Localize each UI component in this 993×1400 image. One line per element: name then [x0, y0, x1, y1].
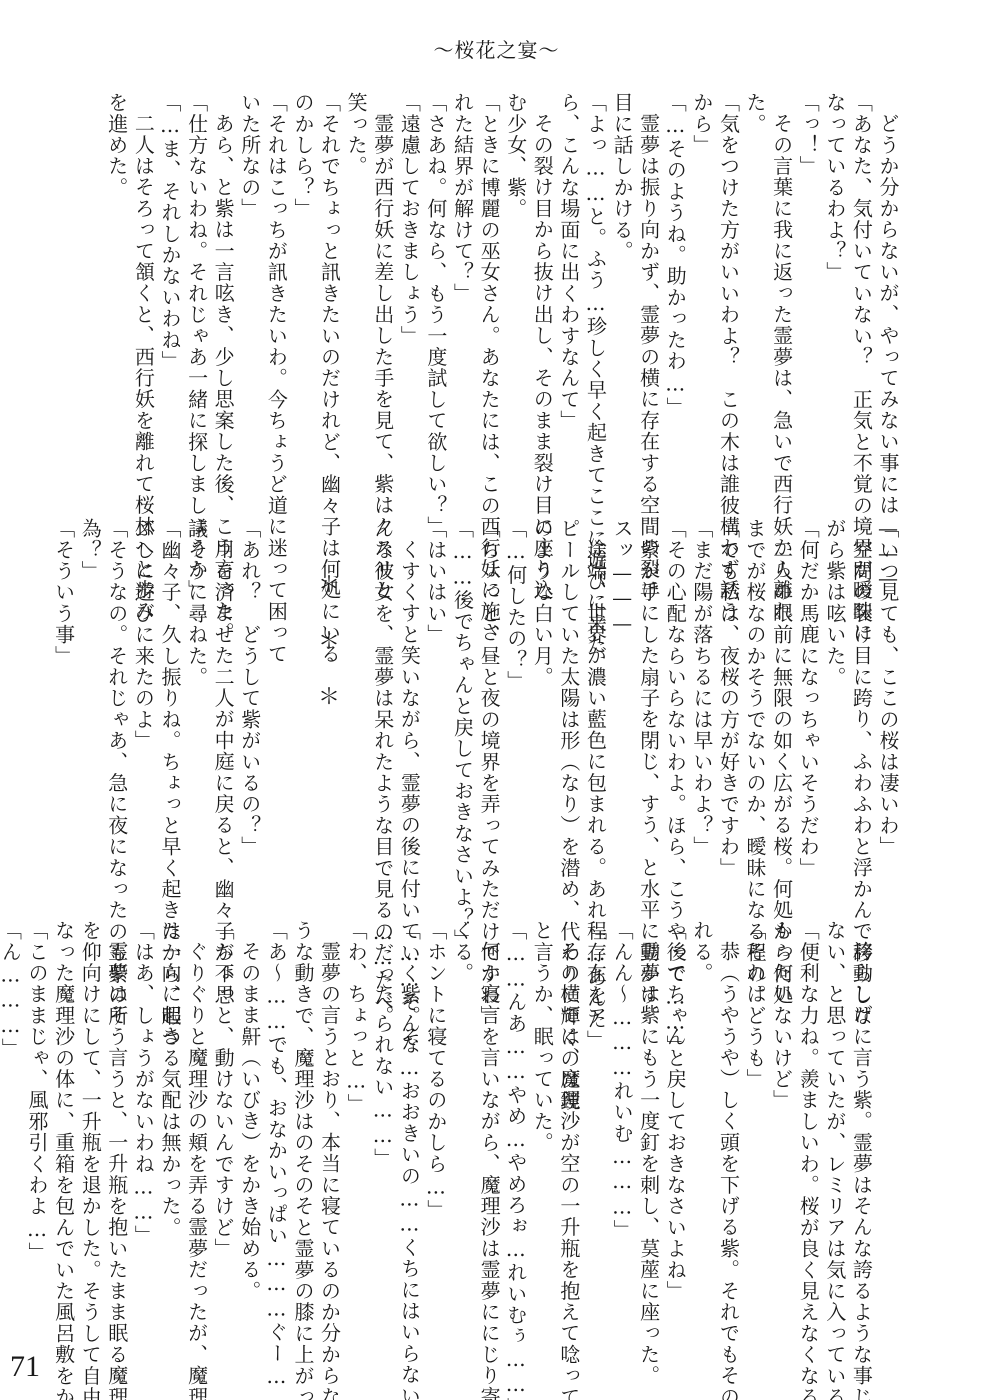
text-line: 二人の眼前に無限の如く広がる桜。何処から何処: [768, 518, 795, 898]
text-line: 目に話しかける。: [608, 92, 635, 487]
text-line: 「ちょっと、動けないんですけど」: [210, 920, 237, 1315]
text-line: なっているわよ？」: [821, 92, 848, 487]
asterisk-icon: ＊: [316, 558, 342, 614]
text-line: 為？」: [77, 518, 104, 898]
text-line: 恭（うやうや）しく頭を下げる紫。それでもその口からは笑みが零: [715, 920, 742, 1315]
text-line: のような白い月。: [529, 518, 556, 898]
text-line: 「そういう事」: [50, 518, 77, 898]
text-line: 「……んあ……やめ…やめろぉ…れいむぅ……」: [502, 920, 529, 1315]
text-line: 「……そんな…おおきいの……くちにはいらないぜ: [396, 920, 423, 1315]
text-line: そのまま鼾（いびき）をかき始める。: [236, 920, 263, 1315]
text-line: 「っ！」: [795, 92, 822, 487]
text-line: のかしら？」: [289, 92, 316, 487]
text-tier-bottom: 誇らしげに言う紫。霊夢はそんな誇るような事じゃない、と思っていたが、レミリアは気…: [0, 920, 901, 1315]
text-line: 「ん………」: [0, 920, 23, 1315]
text-line: 「それはどうも」: [741, 920, 768, 1315]
text-line: スッ———: [608, 518, 635, 898]
text-line: 「ホントに寝てるのかしら…」: [422, 920, 449, 1315]
text-line: 「……後でちゃんと戻しておきなさいよ？」: [449, 518, 476, 898]
text-line: ぐりぐりと魔理沙の頬を弄る霊夢だったが、魔理沙: [183, 920, 210, 1315]
text-line: なった魔理沙の体に、重箱を包んでいた風呂敷をかける。: [50, 920, 77, 1315]
text-line: ぶしに遊びに来たのよ」: [130, 518, 157, 898]
text-tier-top: どうか分からないが、やってみない事には———「あなた、気付いていない？ 正気と不…: [103, 92, 901, 487]
text-line: 「そうなの。それじゃあ、急に夜になったのも紫の所: [103, 518, 130, 898]
text-line: までが桜なのかそうでないのか、曖昧になる程の。: [741, 518, 768, 898]
text-line: れる。: [688, 920, 715, 1315]
text-line: 途端、世界が濃い藍色に包まれる。あれ程存在をア: [582, 518, 609, 898]
asterisk-icon: ＊: [316, 670, 342, 726]
text-line: 「まだ陽が落ちるには早いわよ？」: [688, 518, 715, 898]
text-line: 「…あんた」: [582, 920, 609, 1315]
text-line: んな彼女を、霊夢は呆れたような目で見るのだった。: [369, 518, 396, 898]
text-line: 笑った。: [343, 92, 370, 487]
text-line: 何か寝言を言いながら、魔理沙は霊夢ににじり寄って: [476, 920, 503, 1315]
text-line: 「んん〜………れいむ………」: [608, 920, 635, 1315]
text-line: 「あれ？ どうして紫がいるの？」: [236, 518, 263, 898]
text-line: を仰向けにして、一升瓶を退かした。そうして自由に: [77, 920, 104, 1315]
text-line: 「それはこっちが訊きたいわ。今ちょうど道に迷って困って: [263, 92, 290, 487]
text-line: 「…ま、それしかないわね」: [156, 92, 183, 487]
text-line: その横では、魔理沙が空の一升瓶を抱えて唸っていた。: [555, 920, 582, 1315]
text-line: 霊夢はそう言うと、一升瓶を抱いたまま眠る魔理沙: [103, 920, 130, 1315]
text-line: うな動きで、魔理沙はのそのそと霊夢の膝に上がっていた。: [289, 920, 316, 1315]
text-line: 「気をつけた方がいいわよ？ この木は誰彼構わず誘う: [715, 92, 742, 487]
text-line: と言うか、眠っていた。: [529, 920, 556, 1315]
text-line: 用を済ませた二人が中庭に戻ると、幽々子が不思: [210, 518, 237, 898]
text-line: を進めた。: [103, 92, 130, 487]
text-line: 霊夢は振り向かず、霊夢の横に存在する空間の裂け: [635, 92, 662, 487]
text-line: あら、と紫は一言呟き、少し思案した後、こう言った。: [210, 92, 237, 487]
text-line: くる。: [449, 920, 476, 1315]
text-line: む少女、紫。: [502, 92, 529, 487]
section-break-asterisks: ＊ ＊ ＊: [316, 558, 342, 726]
text-line: 霊夢の言うとおり、本当に寝ているのか分からないよ: [316, 920, 343, 1315]
text-line: [874, 920, 901, 1315]
text-line: ピールしていた太陽は形（なり）を潜め、代わりに輝くのは鏡: [555, 518, 582, 898]
text-line: もったいないけど」: [768, 920, 795, 1315]
text-line: 二人はそろって頷くと、西行妖を離れて桜林へと歩み: [130, 92, 157, 487]
text-line: 「幽々子、久し振りね。ちょっと早く起きたから、暇つ: [156, 518, 183, 898]
page-number: 71: [10, 1350, 40, 1384]
text-line: 「あなた、気付いていない？ 正気と不覚の境界が曖昧に: [848, 92, 875, 487]
text-line: 霊夢は紫にもう一度釘を刺し、茣蓙に座った。: [635, 920, 662, 1315]
text-line: いた所なの」: [236, 92, 263, 487]
text-line: 「このままじゃ、風邪引くわよ…」: [23, 920, 50, 1315]
text-line: 紫が手にした扇子を閉じ、すう、と水平に動かす。: [635, 518, 662, 898]
text-line: 「あ〜……でも、おなかいっぱい………ぐー………」: [263, 920, 290, 1315]
text-line: その言葉に我に返った霊夢は、急いで西行妖から離れ: [768, 92, 795, 487]
text-line: 議そうに尋ねた。: [183, 518, 210, 898]
text-line: れた結界が解けて？」: [449, 92, 476, 487]
text-line: 「いつ見ても、ここの桜は凄いわ」: [874, 518, 901, 898]
text-line: 「何だか馬鹿になっちゃいそうだわ」: [795, 518, 822, 898]
text-line: [343, 518, 370, 898]
text-line: 「それでちょっと訊きたいのだけれど、幽々子は何処にいる: [316, 92, 343, 487]
text-line: 「はいはい」: [422, 518, 449, 898]
text-line: [263, 518, 290, 898]
text-line: ない、と思っていたが、レミリアは気に入っているようだった。: [821, 920, 848, 1315]
text-line: [289, 518, 316, 898]
text-line: ら、こんな場面に出くわすなんて」: [555, 92, 582, 487]
text-line: 空間の裂け目に跨り、ふわふわと浮かんで移動しな: [848, 518, 875, 898]
text-line: 「…そのようね。助かったわ…」: [662, 92, 689, 487]
text-line: は一向に起きる気配は無かった。: [156, 920, 183, 1315]
text-line: くすくすと笑いながら、霊夢の後に付いていく紫。そ: [396, 518, 423, 898]
text-line: 「ちょっと、昼と夜の境界を弄ってみただけですわ」: [476, 518, 503, 898]
text-line: 「その心配ならいらないわよ。ほら、こうやって……」: [662, 518, 689, 898]
text-line: から」: [688, 92, 715, 487]
text-line: 「よっ……と。ふう…珍しく早く起きてここに遊びに来た: [582, 92, 609, 487]
text-line: 「…何したの？」: [502, 518, 529, 898]
text-line: 誇らしげに言う紫。霊夢はそんな誇るような事じゃ: [848, 920, 875, 1315]
text-line: 霊夢が西行妖に差し出した手を見て、紫はクスリと: [369, 92, 396, 487]
asterisk-icon: ＊: [316, 614, 342, 670]
text-line: どうか分からないが、やってみない事には———: [874, 92, 901, 487]
text-line: 「さあね。何なら、もう一度試して欲しい？」: [422, 92, 449, 487]
chapter-title: 〜桜花之宴〜: [0, 34, 993, 63]
text-tier-middle: 「いつ見ても、ここの桜は凄いわ」空間の裂け目に跨り、ふわふわと浮かんで移動しなが…: [50, 518, 901, 898]
text-line: 「便利な力ね。羨ましいわ。桜が良く見えなくなるのは: [795, 920, 822, 1315]
text-line: 「はあ、しょうがないわね……」: [130, 920, 157, 1315]
text-line: 「ときに博麗の巫女さん。あなたには、この西行妖に施さ: [476, 92, 503, 487]
text-line: 「遠慮しておきましょう」: [396, 92, 423, 487]
text-line: 「わ、ちょっと…」: [343, 920, 370, 1315]
text-line: その裂け目から抜け出し、そのまま裂け目に座り込: [529, 92, 556, 487]
text-line: がら紫は呟いた。: [821, 518, 848, 898]
text-line: 「後でちゃんと戻しておきなさいよね」: [662, 920, 689, 1315]
text-line: 「でも私は、夜桜の方が好きですわ」: [715, 518, 742, 898]
text-line: ……たべられない……」: [369, 920, 396, 1315]
text-line: た。: [741, 92, 768, 487]
text-line: 「仕方ないわね。それじゃあ一緒に探しましょうか」: [183, 92, 210, 487]
